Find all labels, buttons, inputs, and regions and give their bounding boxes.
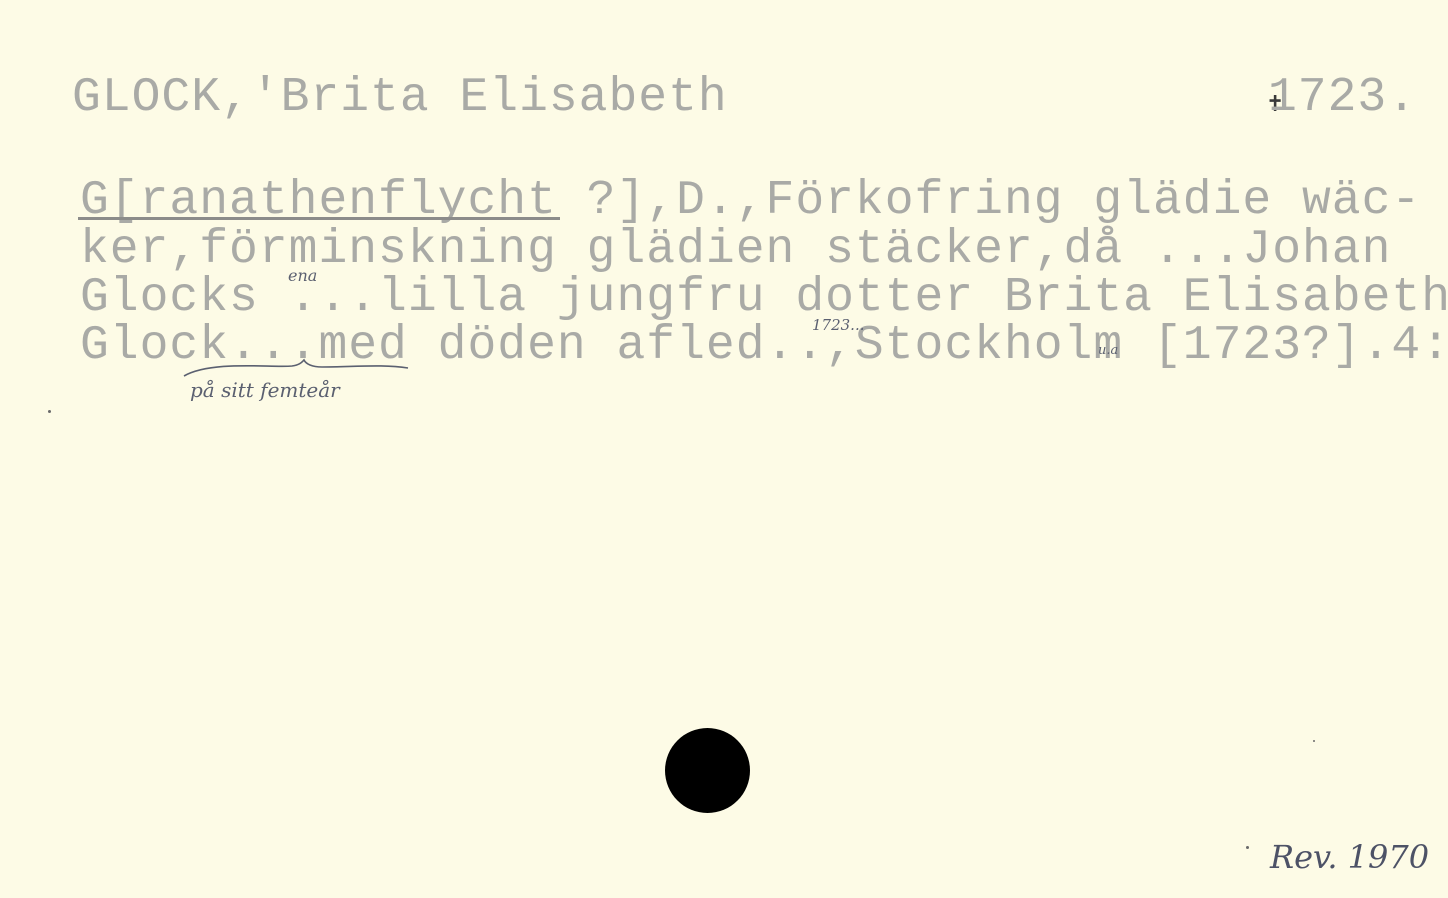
title-underline [78, 217, 560, 220]
handwritten-ua: u.a [1098, 343, 1118, 358]
card-heading-year: 1723. [1268, 74, 1417, 122]
handwritten-year-insert: 1723... [812, 316, 864, 334]
paper-speck [1313, 740, 1315, 742]
paper-speck [1246, 846, 1249, 849]
card-body-line-3: Glocks ...lilla jungfru dotter Brita Eli… [80, 274, 1448, 322]
punch-hole [665, 728, 750, 813]
handwritten-ena: ena [288, 266, 317, 285]
catalog-card: GLOCK,'Brita Elisabeth ✝ 1723. G[ranathe… [0, 0, 1448, 898]
handwritten-revision: Rev. 1970 [1270, 838, 1429, 876]
handwritten-note: på sitt femteår [190, 378, 340, 402]
paper-speck [48, 410, 51, 413]
card-body-line-2: ker,förminskning glädien stäcker,då ...J… [80, 226, 1391, 274]
card-heading-name: GLOCK,'Brita Elisabeth [72, 74, 728, 122]
